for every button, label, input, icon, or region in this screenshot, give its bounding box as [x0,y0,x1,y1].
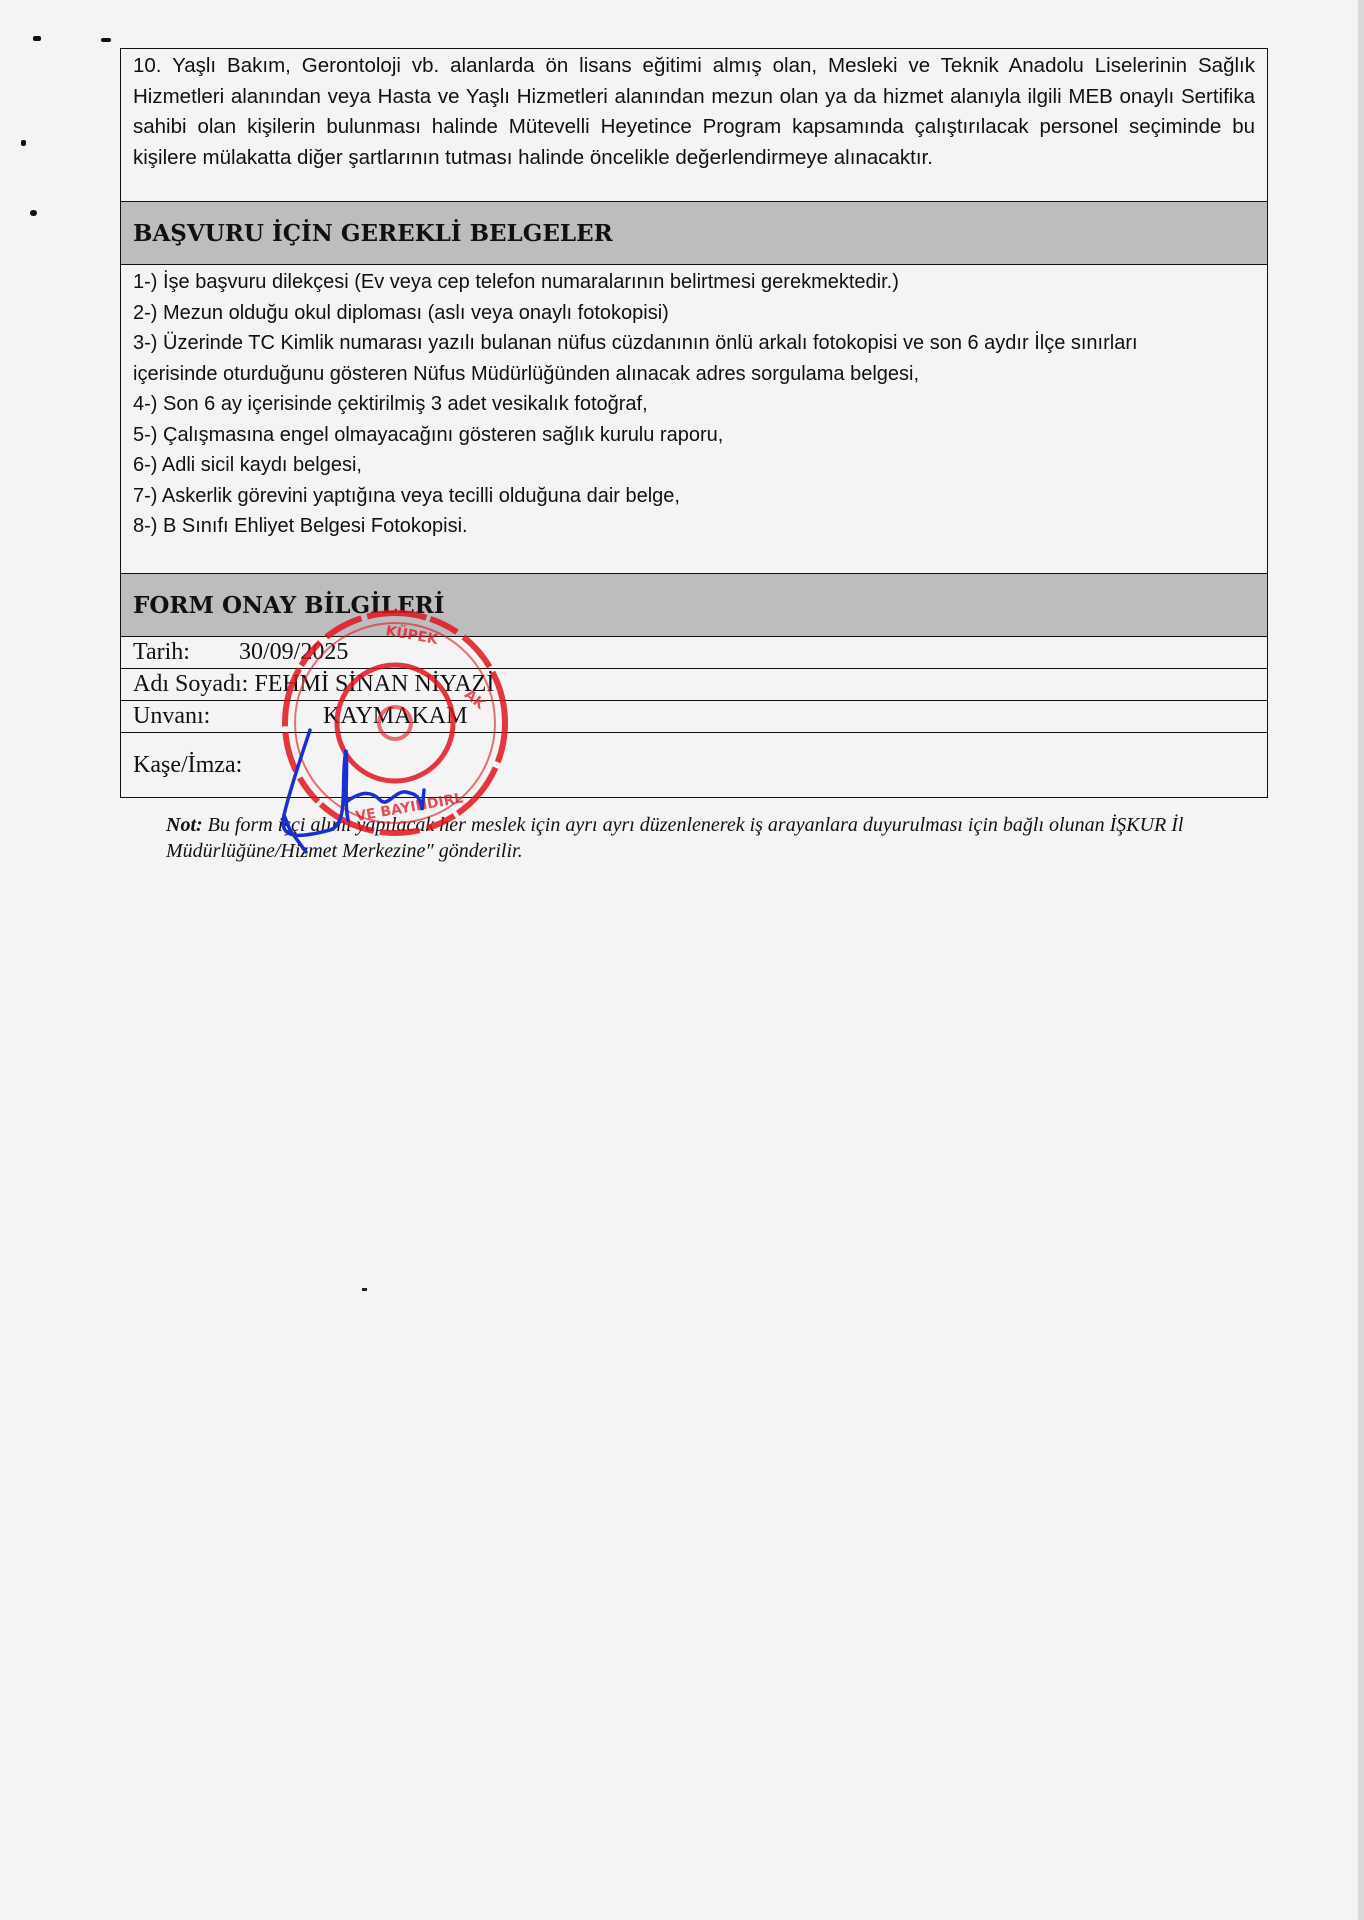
job-posting-form-table: 10. Yaşlı Bakım, Gerontoloji vb. alanlar… [120,48,1268,798]
list-item: 8-) B Sınıfı Ehliyet Belgesi Fotokopisi. [133,511,1255,542]
list-item: 4-) Son 6 ay içerisinde çektirilmiş 3 ad… [133,389,1255,420]
name-value: FEHMİ SİNAN NİYAZİ [254,671,494,697]
date-row: Tarih:30/09/2025 [121,637,1268,669]
punch-mark [30,210,37,216]
stamp-signature-label: Kaşe/İmza: [133,752,242,778]
note-label: Not: [166,814,203,836]
date-label: Tarih: [133,637,239,668]
section-header-required-documents: BAŞVURU İÇİN GEREKLİ BELGELER [121,202,1268,265]
requirement-paragraph-10: 10. Yaşlı Bakım, Gerontoloji vb. alanlar… [121,49,1268,202]
punch-mark [101,38,111,42]
name-label: Adı Soyadı: [133,671,248,697]
list-item: 5-) Çalışmasına engel olmayacağını göste… [133,420,1255,451]
title-value: KAYMAKAM [323,703,467,729]
title-label: Unvanı: [133,701,323,732]
list-item: içerisinde oturduğunu gösteren Nüfus Müd… [133,359,1255,390]
scan-speck [362,1288,367,1291]
required-documents-list: 1-) İşe başvuru dilekçesi (Ev veya cep t… [121,265,1268,574]
date-value: 30/09/2025 [239,639,348,665]
name-row: Adı Soyadı: FEHMİ SİNAN NİYAZİ [121,669,1268,701]
stamp-signature-row: Kaşe/İmza: [121,733,1268,798]
list-item: 6-) Adli sicil kaydı belgesi, [133,450,1255,481]
title-row: Unvanı:KAYMAKAM [121,701,1268,733]
list-item: 2-) Mezun olduğu okul diploması (aslı ve… [133,298,1255,329]
list-item: 7-) Askerlik görevini yaptığına veya tec… [133,481,1255,512]
page-edge [1358,0,1364,1920]
list-item: 3-) Üzerinde TC Kimlik numarası yazılı b… [133,328,1255,359]
footnote: Not: Bu form işçi alımı yapılacak her me… [166,812,1256,864]
note-text: Bu form işçi alımı yapılacak her meslek … [166,814,1183,862]
punch-mark [33,36,41,41]
list-item: 1-) İşe başvuru dilekçesi (Ev veya cep t… [133,267,1255,298]
section-header-form-approval: FORM ONAY BİLGİLERİ [121,574,1268,637]
punch-mark [21,140,26,146]
